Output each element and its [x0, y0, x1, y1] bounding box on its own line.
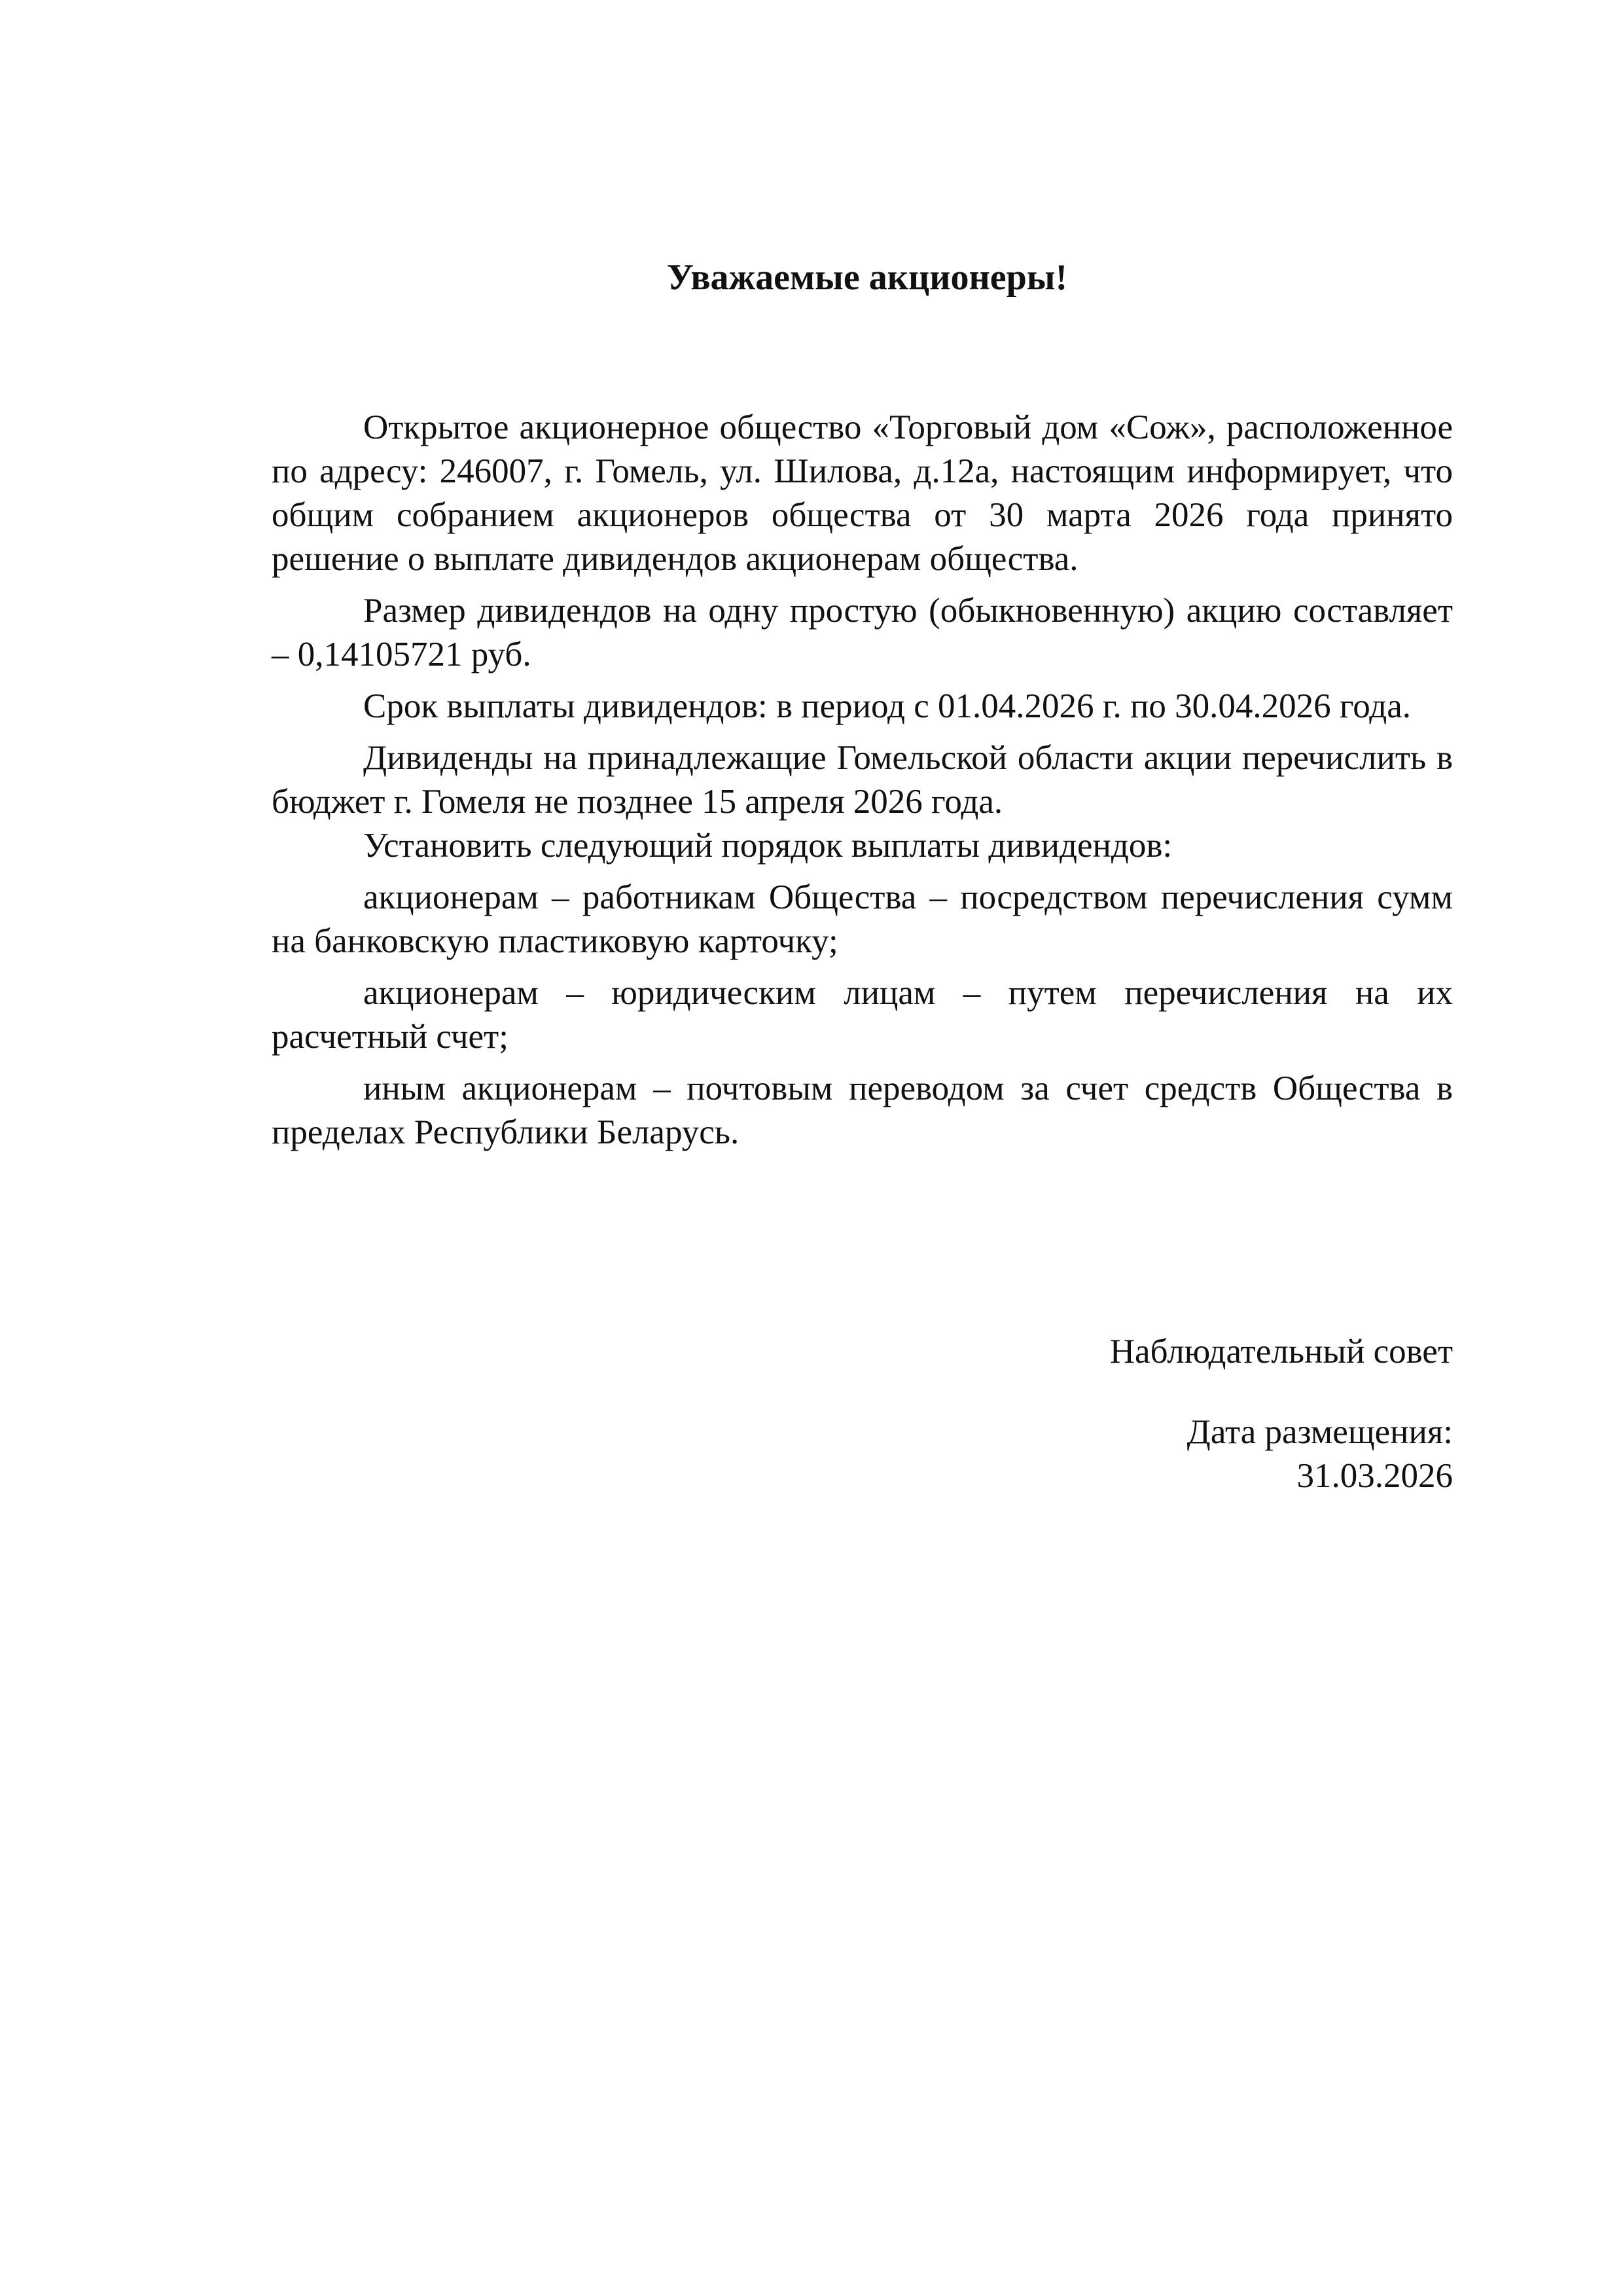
paragraph-payment-order-intro: Установить следующий порядок выплаты див…: [272, 824, 1453, 868]
paragraph-order-other: иным акционерам – почтовым переводом за …: [272, 1067, 1453, 1155]
publication-date-value: 31.03.2026: [0, 1454, 1453, 1498]
paragraph-dividend-amount: Размер дивидендов на одну простую (обыкн…: [272, 589, 1453, 677]
paragraph-regional-budget: Дивиденды на принадлежащие Гомельской об…: [272, 736, 1453, 824]
document-title: Уважаемые акционеры!: [0, 257, 1623, 298]
paragraph-payment-period: Срок выплаты дивидендов: в период с 01.0…: [272, 685, 1453, 728]
paragraph-order-legal-entities: акционерам – юридическим лицам – путем п…: [272, 971, 1453, 1059]
signature-issuer: Наблюдательный совет: [0, 1330, 1453, 1374]
paragraph-order-employees: акционерам – работникам Общества – посре…: [272, 876, 1453, 963]
paragraph-announcement: Открытое акционерное общество «Торговый …: [272, 406, 1453, 581]
document-body: Открытое акционерное общество «Торговый …: [272, 406, 1453, 1155]
publication-date-label: Дата размещения:: [0, 1410, 1453, 1454]
